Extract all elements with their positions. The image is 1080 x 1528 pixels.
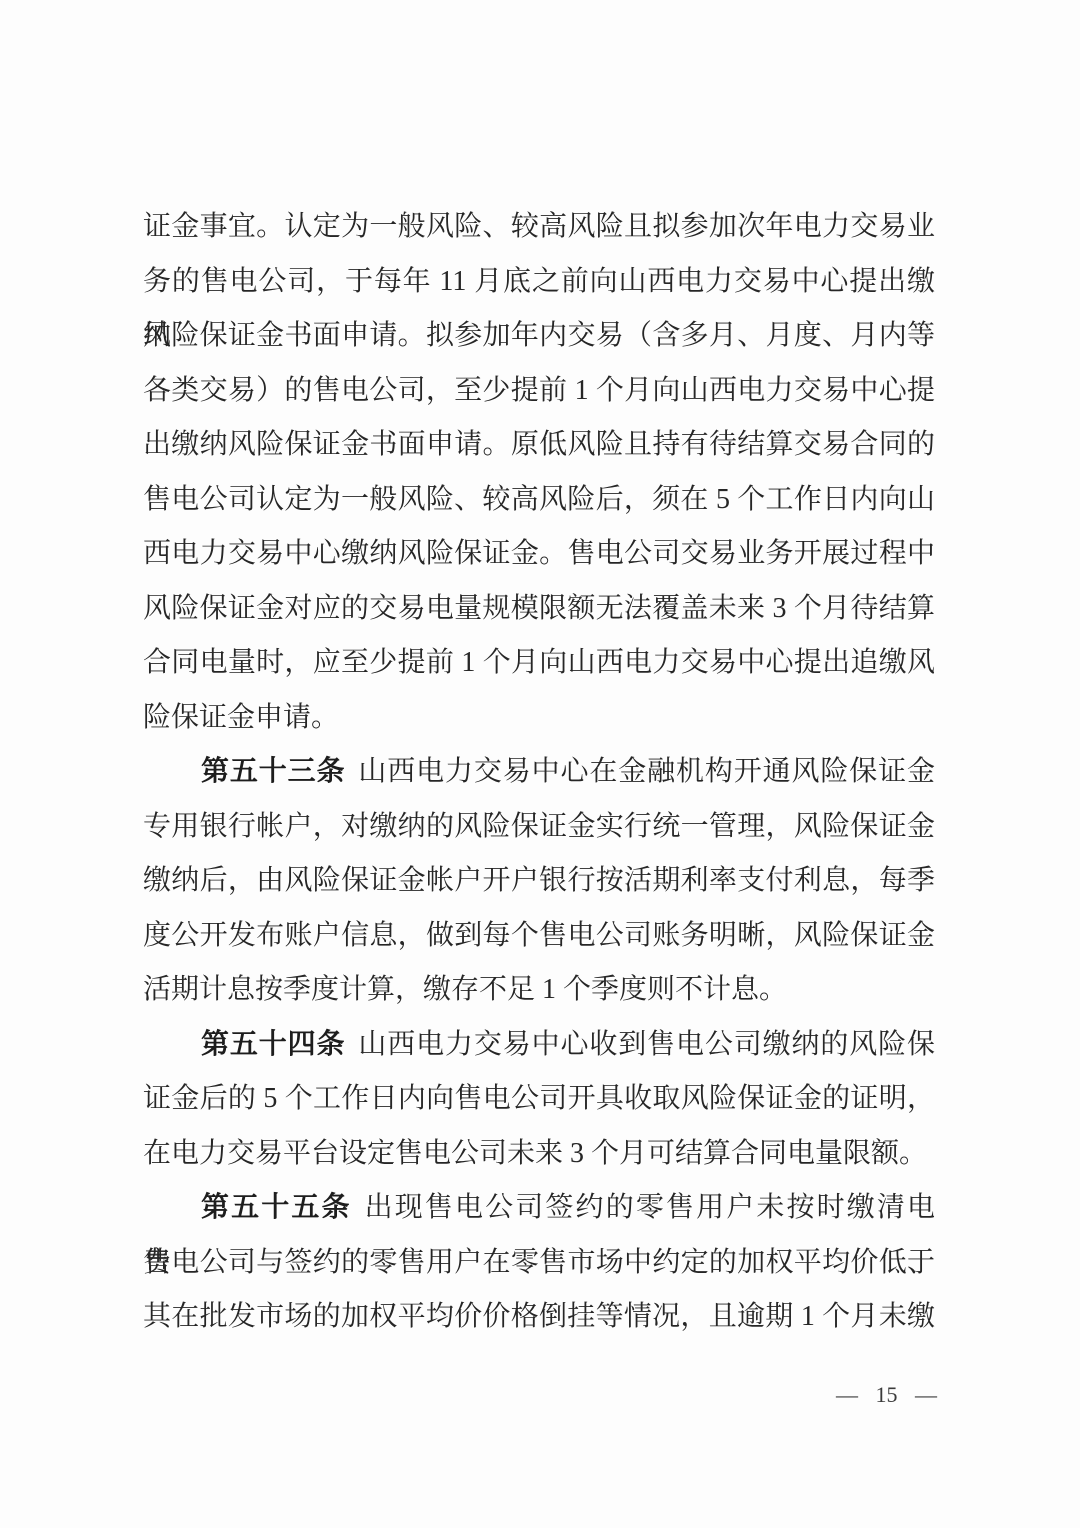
line-text: 山西电力交易中心收到售电公司缴纳的风险保	[358, 1029, 935, 1060]
line-text: 售电公司与签约的零售用户在零售市场中约定的加权平均价低于	[143, 1247, 935, 1278]
article-heading-line: 第五十四条山西电力交易中心收到售电公司缴纳的风险保	[143, 1018, 935, 1073]
line-text: 证金后的 5 个工作日内向售电公司开具收取风险保证金的证明，	[143, 1083, 935, 1114]
document-page: 证金事宜。认定为一般风险、较高风险且拟参加次年电力交易业务的售电公司，于每年 1…	[0, 0, 1080, 1528]
article-heading-line: 第五十五条出现售电公司签约的零售用户未按时缴清电费、	[143, 1181, 935, 1236]
body-text-line: 证金事宜。认定为一般风险、较高风险且拟参加次年电力交易业	[143, 200, 935, 255]
article-number: 第五十五条	[201, 1192, 352, 1223]
body-text-line: 其在批发市场的加权平均价价格倒挂等情况，且逾期 1 个月未缴	[143, 1290, 935, 1345]
article-number: 第五十三条	[201, 756, 345, 787]
line-text: 缴纳后，由风险保证金帐户开户银行按活期利率支付利息，每季	[143, 865, 935, 896]
body-text-line: 度公开发布账户信息，做到每个售电公司账务明晰，风险保证金	[143, 909, 935, 964]
body-text-line: 各类交易）的售电公司，至少提前 1 个月向山西电力交易中心提	[143, 364, 935, 419]
line-text: 风险保证金对应的交易电量规模限额无法覆盖未来 3 个月待结算	[143, 593, 935, 624]
body-text-line: 缴纳后，由风险保证金帐户开户银行按活期利率支付利息，每季	[143, 854, 935, 909]
line-text: 证金事宜。认定为一般风险、较高风险且拟参加次年电力交易业	[143, 211, 935, 242]
line-text: 专用银行帐户，对缴纳的风险保证金实行统一管理，风险保证金	[143, 811, 935, 842]
body-text-line: 西电力交易中心缴纳风险保证金。售电公司交易业务开展过程中	[143, 527, 935, 582]
body-text-line: 险保证金申请。	[143, 691, 935, 746]
line-text: 风险保证金书面申请。拟参加年内交易（含多月、月度、月内等	[143, 320, 935, 351]
line-text: 合同电量时，应至少提前 1 个月向山西电力交易中心提出追缴风	[143, 647, 935, 678]
line-text: 度公开发布账户信息，做到每个售电公司账务明晰，风险保证金	[143, 920, 935, 951]
line-text: 山西电力交易中心在金融机构开通风险保证金	[358, 756, 935, 787]
line-text: 在电力交易平台设定售电公司未来 3 个月可结算合同电量限额。	[143, 1138, 927, 1169]
line-text: 西电力交易中心缴纳风险保证金。售电公司交易业务开展过程中	[143, 538, 935, 569]
body-text-line: 风险保证金书面申请。拟参加年内交易（含多月、月度、月内等	[143, 309, 935, 364]
body-text-line: 务的售电公司，于每年 11 月底之前向山西电力交易中心提出缴纳	[143, 255, 935, 310]
body-text-line: 活期计息按季度计算，缴存不足 1 个季度则不计息。	[143, 963, 935, 1018]
page-number: — 15 —	[836, 1381, 937, 1409]
body-text-line: 出缴纳风险保证金书面申请。原低风险且持有待结算交易合同的	[143, 418, 935, 473]
line-text: 各类交易）的售电公司，至少提前 1 个月向山西电力交易中心提	[143, 375, 935, 406]
article-heading-line: 第五十三条山西电力交易中心在金融机构开通风险保证金	[143, 745, 935, 800]
body-text-line: 合同电量时，应至少提前 1 个月向山西电力交易中心提出追缴风	[143, 636, 935, 691]
article-number: 第五十四条	[201, 1029, 345, 1060]
line-text: 售电公司认定为一般风险、较高风险后，须在 5 个工作日内向山	[143, 484, 935, 515]
line-text: 险保证金申请。	[143, 702, 339, 733]
line-text: 其在批发市场的加权平均价价格倒挂等情况，且逾期 1 个月未缴	[143, 1301, 935, 1332]
body-text-line: 风险保证金对应的交易电量规模限额无法覆盖未来 3 个月待结算	[143, 582, 935, 637]
body-text-line: 证金后的 5 个工作日内向售电公司开具收取风险保证金的证明，	[143, 1072, 935, 1127]
body-text-line: 售电公司与签约的零售用户在零售市场中约定的加权平均价低于	[143, 1236, 935, 1291]
line-text: 活期计息按季度计算，缴存不足 1 个季度则不计息。	[143, 974, 787, 1005]
document-body: 证金事宜。认定为一般风险、较高风险且拟参加次年电力交易业务的售电公司，于每年 1…	[143, 200, 935, 1345]
body-text-line: 专用银行帐户，对缴纳的风险保证金实行统一管理，风险保证金	[143, 800, 935, 855]
body-text-line: 在电力交易平台设定售电公司未来 3 个月可结算合同电量限额。	[143, 1127, 935, 1182]
body-text-line: 售电公司认定为一般风险、较高风险后，须在 5 个工作日内向山	[143, 473, 935, 528]
line-text: 出缴纳风险保证金书面申请。原低风险且持有待结算交易合同的	[143, 429, 935, 460]
